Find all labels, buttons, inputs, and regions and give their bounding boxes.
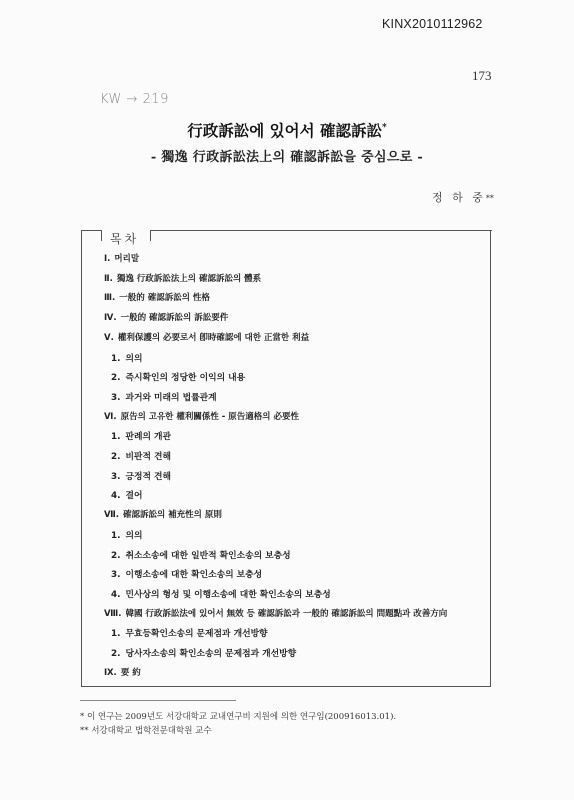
toc-item: 3.긍정적 견해	[111, 469, 171, 482]
toc-item-number: 4.	[111, 590, 120, 600]
title-text: 行政訴訟에 있어서 確認訴訟	[187, 121, 382, 140]
page-number: 173	[472, 68, 492, 84]
toc-border-top-right	[150, 230, 492, 241]
author-name: 정 하 중	[432, 191, 486, 204]
toc-item-label: 민사상의 형성 및 이행소송에 대한 확인소송의 보충성	[125, 590, 330, 600]
toc-item-label: 確認訴訟의 補充性의 原則	[123, 510, 222, 520]
toc-item-number: Ⅰ.	[104, 254, 110, 264]
toc-item: Ⅳ.一般的 確認訴訟의 訴訟要件	[104, 311, 228, 323]
toc-item-number: Ⅴ.	[104, 333, 114, 343]
toc-item: 2.당사자소송의 확인소송의 문제점과 개선방향	[111, 646, 296, 659]
toc-item: Ⅵ.原告의 고유한 權利關係性 - 原告適格의 必要性	[104, 410, 299, 422]
toc-item: Ⅱ.獨逸 行政訴訟法上의 確認訴訟의 體系	[104, 272, 261, 284]
toc-item-label: 의의	[125, 531, 142, 541]
toc-item-label: 의의	[125, 354, 142, 364]
toc-item-label: 비판적 견해	[125, 452, 171, 462]
footnote-2: ** 서강대학교 법학전문대학원 교수	[80, 724, 212, 736]
toc-item-label: 무효등확인소송의 문제점과 개선방향	[125, 629, 267, 639]
toc-item-label: 판례의 개관	[125, 432, 171, 442]
toc-item: 4.결어	[111, 488, 142, 501]
toc-item-number: 1.	[111, 531, 120, 541]
toc-item: 4.민사상의 형성 및 이행소송에 대한 확인소송의 보충성	[111, 587, 331, 600]
handwritten-note: KW → 219	[100, 92, 169, 107]
toc-item: 3.이행소송에 대한 확인소송의 보충성	[111, 567, 262, 580]
toc-item-label: 이행소송에 대한 확인소송의 보충성	[125, 570, 262, 580]
toc-item-number: 1.	[111, 629, 120, 639]
toc-item-number: 1.	[111, 354, 120, 364]
toc-item-number: Ⅲ.	[104, 293, 115, 303]
toc-item-number: 3.	[111, 472, 120, 482]
toc-item-number: Ⅱ.	[104, 274, 113, 284]
toc-item-number: 2.	[111, 452, 120, 462]
toc-item-number: 1.	[111, 432, 120, 442]
toc-item: 1.의의	[111, 528, 142, 541]
author-footnote-marker: **	[486, 194, 494, 203]
footnote-rule	[80, 700, 236, 701]
toc-item: Ⅶ.確認訴訟의 補充性의 原則	[104, 508, 222, 520]
toc-item-label: 결어	[125, 491, 142, 501]
toc-item-label: 취소소송에 대한 일반적 확인소송의 보충성	[125, 551, 290, 561]
toc-heading: 목차	[110, 230, 139, 247]
toc-item-number: 4.	[111, 491, 120, 501]
toc-item-number: Ⅵ.	[104, 412, 117, 422]
toc-item-label: 즉시확인의 정당한 이익의 내용	[125, 373, 245, 383]
author: 정 하 중**	[432, 189, 494, 205]
article-subtitle: - 獨逸 行政訴訟法上의 確認訴訟을 중심으로 -	[0, 146, 574, 165]
toc-item: 1.무효등확인소송의 문제점과 개선방향	[111, 626, 268, 639]
toc-item-label: 一般的 確認訴訟의 性格	[119, 293, 210, 303]
toc-item-number: Ⅶ.	[104, 510, 119, 520]
toc-item-number: 2.	[111, 373, 120, 383]
document-id: KINX2010112962	[382, 17, 483, 31]
title-footnote-marker: *	[382, 123, 387, 133]
footnote-1: * 이 연구는 2009년도 서강대학교 교내연구비 지원에 의한 연구임(20…	[80, 710, 396, 722]
toc-item-label: 과거와 미래의 법률관계	[125, 393, 216, 403]
toc-item-number: Ⅸ.	[104, 668, 117, 678]
toc-item-number: 2.	[111, 551, 120, 561]
toc-item: Ⅰ.머리말	[104, 252, 139, 264]
toc-item-label: 原告의 고유한 權利關係性 - 原告適格의 必要性	[121, 412, 299, 422]
toc-item: Ⅸ.要 約	[104, 666, 141, 678]
toc-item: Ⅲ.一般的 確認訴訟의 性格	[104, 291, 210, 303]
toc-item: Ⅴ.權利保護의 必要로서 卽時確認에 대한 正當한 利益	[104, 331, 309, 343]
toc-item: 1.판례의 개관	[111, 429, 171, 442]
toc-item-label: 要 約	[121, 668, 141, 678]
toc-item: Ⅷ.韓國 行政訴訟法에 있어서 無效 등 確認訴訟과 一般的 確認訴訟의 問題點…	[104, 607, 447, 619]
toc-item: 1.의의	[111, 351, 142, 364]
toc-item-number: 3.	[111, 393, 120, 403]
toc-item-number: Ⅳ.	[104, 313, 117, 323]
toc-item-number: 2.	[111, 649, 120, 659]
toc-item-label: 韓國 行政訴訟法에 있어서 無效 등 確認訴訟과 一般的 確認訴訟의 問題點과 …	[125, 609, 447, 619]
toc-item-number: Ⅷ.	[104, 609, 121, 619]
toc-item-label: 獨逸 行政訴訟法上의 確認訴訟의 體系	[117, 274, 261, 284]
toc-item-label: 權利保護의 必要로서 卽時確認에 대한 正當한 利益	[118, 333, 309, 343]
toc-item: 2.비판적 견해	[111, 449, 171, 462]
toc-item-label: 긍정적 견해	[125, 472, 171, 482]
toc-item-label: 一般的 確認訴訟의 訴訟要件	[121, 313, 229, 323]
toc-border-top-left	[81, 230, 102, 241]
toc-item-label: 당사자소송의 확인소송의 문제점과 개선방향	[125, 649, 296, 659]
toc-item: 2.즉시확인의 정당한 이익의 내용	[111, 370, 245, 383]
toc-item: 2.취소소송에 대한 일반적 확인소송의 보충성	[111, 548, 291, 561]
toc-item: 3.과거와 미래의 법률관계	[111, 390, 217, 403]
toc-item-label: 머리말	[114, 254, 139, 264]
toc-item-number: 3.	[111, 570, 120, 580]
article-title: 行政訴訟에 있어서 確認訴訟*	[0, 119, 574, 141]
